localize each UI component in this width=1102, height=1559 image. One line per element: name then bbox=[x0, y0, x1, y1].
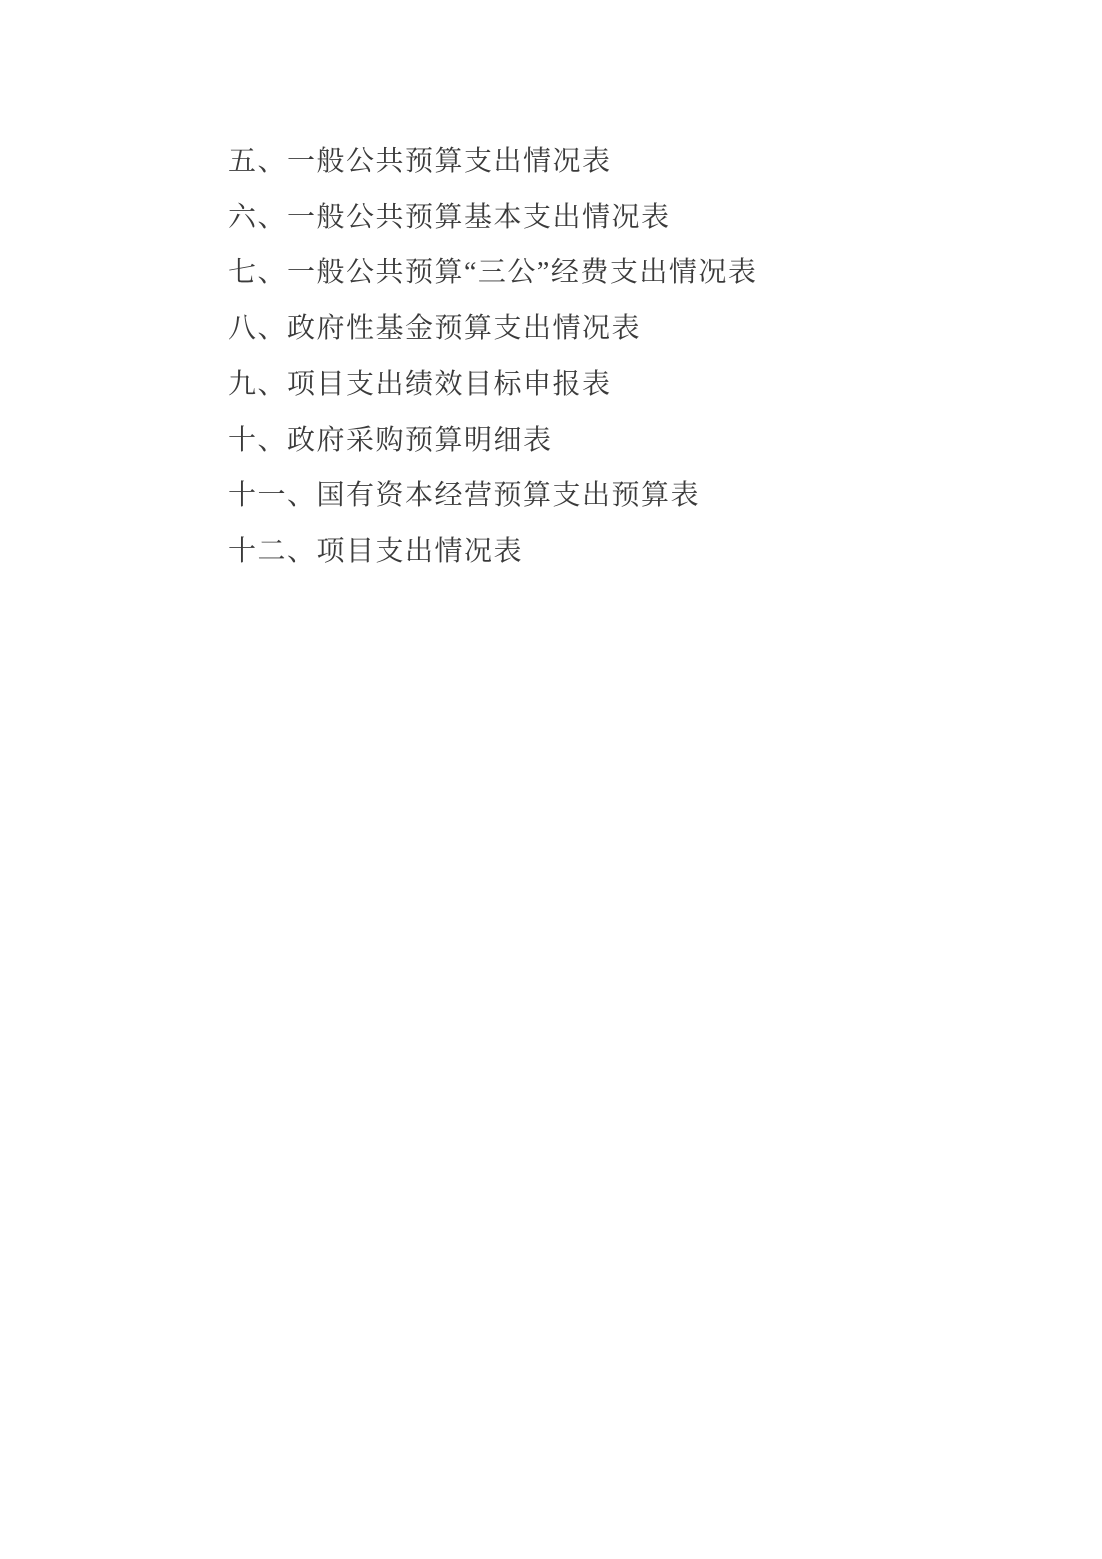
table-of-contents: 五、一般公共预算支出情况表 六、一般公共预算基本支出情况表 七、一般公共预算“三… bbox=[228, 134, 1042, 580]
toc-entry-9: 九、项目支出绩效目标申报表 bbox=[228, 357, 1042, 413]
toc-entry-6: 六、一般公共预算基本支出情况表 bbox=[228, 190, 1042, 246]
toc-entry-10: 十、政府采购预算明细表 bbox=[228, 413, 1042, 469]
toc-entry-7: 七、一般公共预算“三公”经费支出情况表 bbox=[228, 245, 1042, 301]
toc-entry-11: 十一、国有资本经营预算支出预算表 bbox=[228, 468, 1042, 524]
toc-entry-12: 十二、项目支出情况表 bbox=[228, 524, 1042, 580]
toc-entry-5: 五、一般公共预算支出情况表 bbox=[228, 134, 1042, 190]
toc-entry-8: 八、政府性基金预算支出情况表 bbox=[228, 301, 1042, 357]
document-page: 五、一般公共预算支出情况表 六、一般公共预算基本支出情况表 七、一般公共预算“三… bbox=[0, 0, 1102, 1559]
